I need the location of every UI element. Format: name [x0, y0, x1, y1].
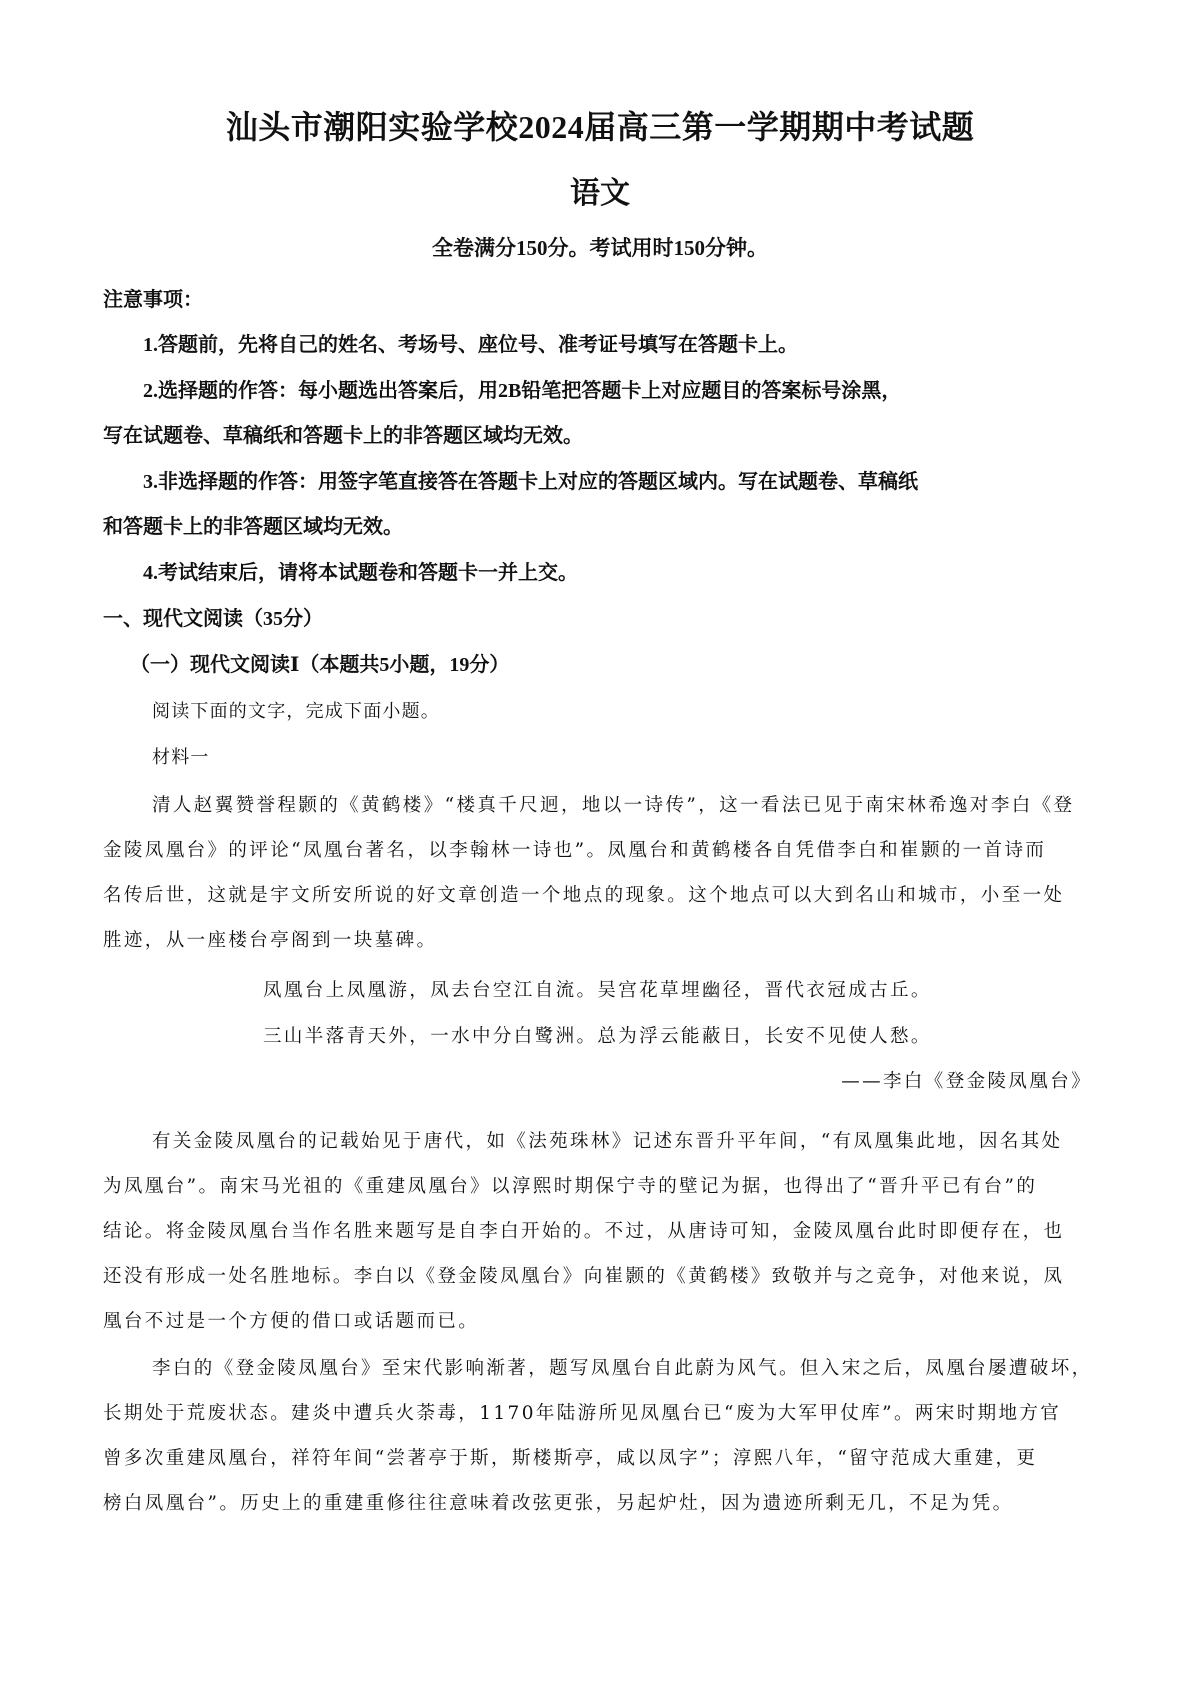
- notice-heading: 注意事项：: [103, 283, 203, 312]
- passage-para1-line4: 胜迹，从一座楼台亭阁到一块墓碑。: [103, 926, 437, 952]
- notice-item-2-cont: 写在试题卷、草稿纸和答题卡上的非答题区域均无效。: [103, 419, 583, 448]
- passage-para1-line3: 名传后世，这就是宇文所安所说的好文章创造一个地点的现象。这个地点可以大到名山和城…: [103, 881, 1064, 907]
- passage-para3-line3: 曾多次重建凤凰台，祥符年间“尝著亭于斯，斯楼斯亭，咸以凤字”；淳熙八年，“留守范…: [103, 1444, 1037, 1470]
- subject-title: 语文: [0, 168, 1200, 212]
- section-heading: 一、现代文阅读（35分）: [103, 602, 323, 631]
- passage-para3-line4: 榜白凤凰台”。历史上的重建重修往往意味着改弦更张，另起炉灶，因为遗迹所剩无几，不…: [103, 1489, 1014, 1515]
- passage-para2-line4: 还没有形成一处名胜地标。李白以《登金陵凤凰台》向崔颢的《黄鹤楼》致敬并与之竞争，…: [103, 1262, 1064, 1288]
- exam-title: 汕头市潮阳实验学校2024届高三第一学期期中考试题: [0, 102, 1200, 148]
- exam-page: 汕头市潮阳实验学校2024届高三第一学期期中考试题 语文 全卷满分150分。考试…: [0, 0, 1200, 1698]
- poem-attribution: ——李白《登金陵凤凰台》: [841, 1067, 1092, 1093]
- notice-item-4: 4.考试结束后，请将本试题卷和答题卡一并上交。: [143, 556, 578, 585]
- notice-item-3: 3.非选择题的作答：用签字笔直接答在答题卡上对应的答题区域内。写在试题卷、草稿纸: [143, 465, 918, 494]
- passage-para1-line2: 金陵凤凰台》的评论“凤凰台著名，以李翰林一诗也”。凤凰台和黄鹤楼各自凭借李白和崔…: [103, 836, 1046, 862]
- passage-para3-line2: 长期处于荒废状态。建炎中遭兵火荼毒，1170年陆游所见凤凰台已“废为大军甲仗库”…: [103, 1399, 1061, 1425]
- passage-para1-line1: 清人赵翼赞誉程颢的《黄鹤楼》“楼真千尺迥，地以一诗传”，这一看法已见于南宋林希逸…: [152, 791, 1074, 817]
- passage-para2-line2: 为凤凰台”。南宋马光祖的《重建凤凰台》以淳熙时期保宁寺的壁记为据，也得出了“晋升…: [103, 1172, 1037, 1198]
- notice-item-1: 1.答题前，先将自己的姓名、考场号、座位号、准考证号填写在答题卡上。: [143, 328, 798, 357]
- passage-para2-line3: 结论。将金陵凤凰台当作名胜来题写是自李白开始的。不过，从唐诗可知，金陵凤凰台此时…: [103, 1217, 1064, 1243]
- score-info: 全卷满分150分。考试用时150分钟。: [0, 232, 1200, 262]
- notice-item-3-cont: 和答题卡上的非答题区域均无效。: [103, 510, 403, 539]
- reading-instruction: 阅读下面的文字，完成下面小题。: [152, 697, 440, 723]
- passage-para2-line5: 凰台不过是一个方便的借口或话题而已。: [103, 1307, 479, 1333]
- material-label: 材料一: [152, 743, 210, 769]
- poem-line-1: 凤凰台上凤凰游，凤去台空江自流。吴宫花草埋幽径，晋代衣冠成古丘。: [263, 976, 932, 1002]
- passage-para3-line1: 李白的《登金陵凤凰台》至宋代影响渐著，题写凤凰台自此蔚为风气。但入宋之后，凤凰台…: [152, 1354, 1093, 1380]
- passage-para2-line1: 有关金陵凤凰台的记载始见于唐代，如《法苑珠林》记述东晋升平年间，“有凤凰集此地，…: [152, 1127, 1063, 1153]
- section-subheading: （一）现代文阅读Ⅰ（本题共5小题，19分）: [130, 648, 509, 677]
- poem-line-2: 三山半落青天外，一水中分白鹭洲。总为浮云能蔽日，长安不见使人愁。: [263, 1022, 932, 1048]
- notice-item-2: 2.选择题的作答：每小题选出答案后，用2B铅笔把答题卡上对应题目的答案标号涂黑，: [143, 374, 901, 403]
